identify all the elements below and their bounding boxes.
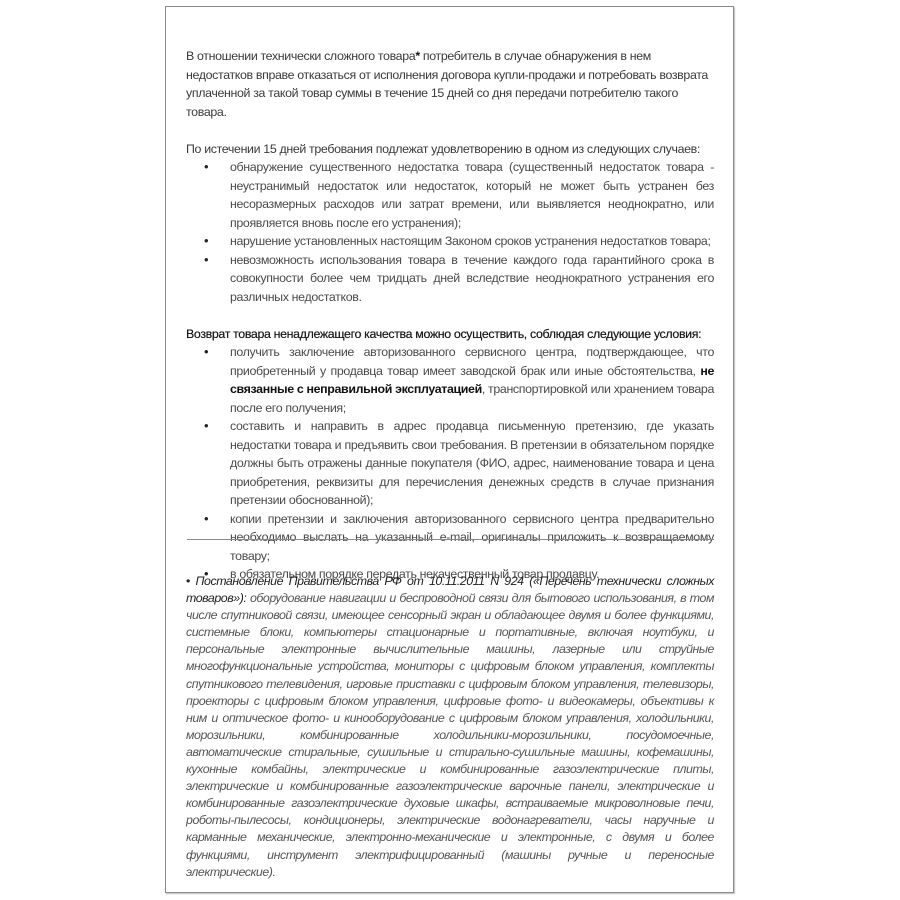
item-text: получить заключение авторизованного серв… xyxy=(230,345,714,378)
document-page: В отношении технически сложного товара* … xyxy=(165,6,734,893)
after-15-days-lead: По истечении 15 дней требования подлежат… xyxy=(186,140,714,159)
list-item: обнаружение существенного недостатка тов… xyxy=(186,158,714,232)
return-conditions-heading: Возврат товара ненадлежащего качества мо… xyxy=(186,325,714,344)
return-conditions-list: получить заключение авторизованного серв… xyxy=(186,343,714,584)
document-body: В отношении технически сложного товара* … xyxy=(186,47,714,584)
footnote-text: оборудование навигации и беспроводной св… xyxy=(186,591,714,879)
intro-text-start: В отношении технически сложного товара xyxy=(186,49,415,63)
list-item: копии претензии и заключения авторизован… xyxy=(186,510,714,566)
list-item: нарушение установленных настоящим Законо… xyxy=(186,232,714,251)
footnote-divider xyxy=(187,539,714,540)
after-15-days-list: обнаружение существенного недостатка тов… xyxy=(186,158,714,306)
list-item: невозможность использования товара в теч… xyxy=(186,251,714,307)
footnote: • Постановление Правительства РФ от 10.1… xyxy=(186,573,714,881)
list-item: получить заключение авторизованного серв… xyxy=(186,343,714,417)
intro-paragraph: В отношении технически сложного товара* … xyxy=(186,47,714,121)
list-item: составить и направить в адрес продавца п… xyxy=(186,417,714,510)
